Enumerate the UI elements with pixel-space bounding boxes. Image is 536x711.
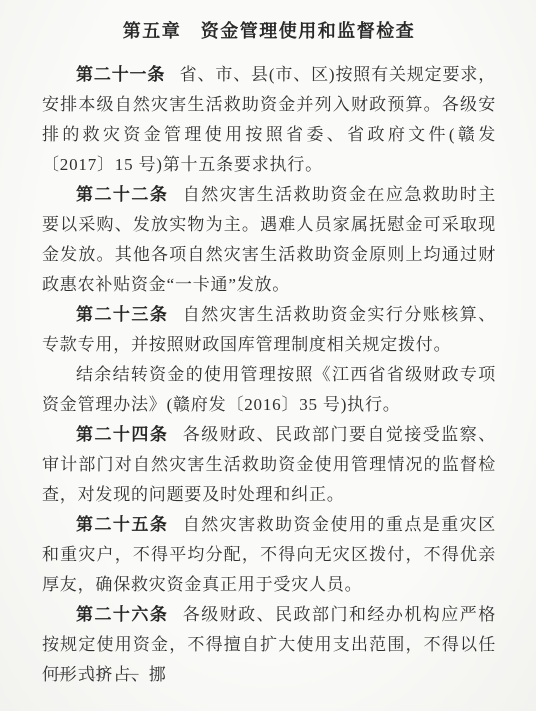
article-23-continuation-text: 结余结转资金的使用管理按照《江西省省级财政专项资金管理办法》(赣府发〔2016〕… xyxy=(42,365,496,414)
article-paragraph-21: 第二十一条省、市、县(市、区)按照有关规定要求，安排本级自然灾害生活救助资金并列… xyxy=(42,60,496,180)
article-paragraph-22: 第二十二条自然灾害生活救助资金在应急救助时主要以采购、发放实物为主。遇难人员家属… xyxy=(42,180,496,300)
article-number-25: 第二十五条 xyxy=(76,515,168,534)
article-number-24: 第二十四条 xyxy=(76,425,168,444)
page-number: — 10 — xyxy=(56,666,141,683)
article-paragraph-24: 第二十四条各级财政、民政部门要自觉接受监察、审计部门对自然灾害生活救助资金使用管… xyxy=(42,420,496,510)
document-body: 第五章 资金管理使用和监督检查 第二十一条省、市、县(市、区)按照有关规定要求，… xyxy=(0,0,536,690)
article-paragraph-25: 第二十五条自然灾害救助资金使用的重点是重灾区和重灾户，不得平均分配，不得向无灾区… xyxy=(42,510,496,600)
article-number-22: 第二十二条 xyxy=(76,185,168,204)
article-23-continuation-paragraph: 结余结转资金的使用管理按照《江西省省级财政专项资金管理办法》(赣府发〔2016〕… xyxy=(42,360,496,420)
article-number-23: 第二十三条 xyxy=(76,305,168,324)
scanned-document-page: 第五章 资金管理使用和监督检查 第二十一条省、市、县(市、区)按照有关规定要求，… xyxy=(0,0,536,711)
article-number-26: 第二十六条 xyxy=(76,605,168,624)
article-paragraph-23: 第二十三条自然灾害生活救助资金实行分账核算、专款专用，并按照财政国库管理制度相关… xyxy=(42,300,496,360)
chapter-title: 第五章 资金管理使用和监督检查 xyxy=(42,18,496,44)
article-number-21: 第二十一条 xyxy=(76,65,165,84)
